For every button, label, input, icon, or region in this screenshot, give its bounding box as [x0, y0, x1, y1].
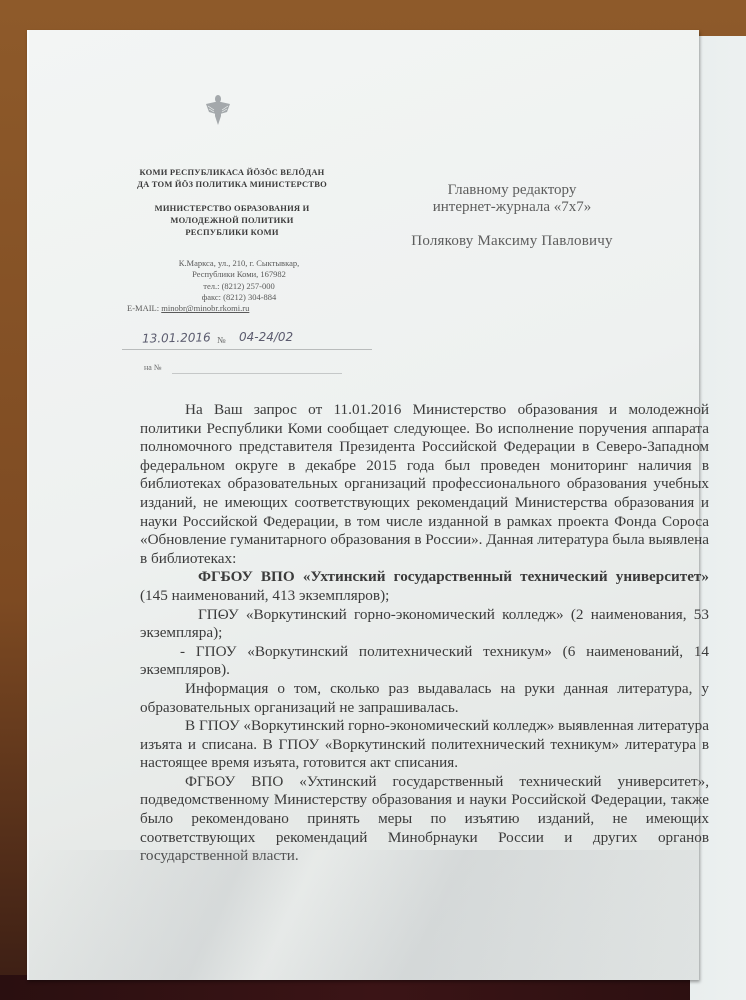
- body-paragraph-1: На Ваш запрос от 11.01.2016 Министерство…: [140, 401, 709, 568]
- email-link[interactable]: minobr@minobr.rkomi.ru: [161, 303, 249, 313]
- list-details: (145 наименований, 413 экземпляров);: [140, 587, 389, 604]
- list-dash: -: [180, 568, 198, 587]
- addressee-line1: Главному редактору: [397, 182, 627, 199]
- fax: факс: (8212) 304-884: [119, 292, 359, 303]
- addressee-block: Главному редактору интернет-журнала «7х7…: [397, 182, 627, 250]
- ministry-name-line2: МОЛОДЕЖНОЙ ПОЛИТИКИ: [107, 214, 357, 226]
- komi-name-line1: КОМИ РЕСПУБЛИКАСА ЙӦЗӦС ВЕЛӦДАН: [107, 166, 357, 178]
- registration-number: 04-24/02: [239, 330, 293, 344]
- reference-label: на №: [144, 363, 161, 372]
- list-org: ГПОУ «Воркутинский политехнический техни…: [196, 643, 552, 660]
- letter-body: На Ваш запрос от 11.01.2016 Министерство…: [140, 401, 709, 866]
- letterhead-contacts: К.Маркса, ул., 210, г. Сыктывкар, Респуб…: [119, 258, 359, 314]
- komi-coat-of-arms-icon: [203, 92, 233, 128]
- body-paragraph-3: В ГПОУ «Воркутинский горно-экономический…: [140, 717, 709, 773]
- library-list-item: -ГПОУ «Воркутинский горно-экономический …: [140, 606, 709, 643]
- addressee-line2: интернет-журнала «7х7»: [397, 199, 627, 216]
- library-list-item: -ФГБОУ ВПО «Ухтинский государственный те…: [140, 568, 709, 605]
- library-list-item: - ГПОУ «Воркутинский политехнический тех…: [140, 643, 709, 680]
- ministry-name-line1: МИНИСТЕРСТВО ОБРАЗОВАНИЯ И: [107, 202, 357, 214]
- registration-date: 13.01.2016: [142, 330, 211, 345]
- address-line2: Республики Коми, 167982: [119, 269, 359, 280]
- list-dash: -: [180, 606, 198, 625]
- list-org: ФГБОУ ВПО «Ухтинский государственный тех…: [198, 568, 709, 585]
- ministry-name-line3: РЕСПУБЛИКИ КОМИ: [107, 226, 357, 238]
- email-label: E-MAIL:: [127, 303, 159, 313]
- registration-number-label: №: [217, 335, 226, 345]
- komi-name-line2: ДА ТОМ ЙӦЗ ПОЛИТИКА МИНИСТЕРСТВО: [107, 178, 357, 190]
- phone: тел.: (8212) 257-000: [119, 281, 359, 292]
- list-org: ГПОУ «Воркутинский горно-экономический к…: [198, 606, 564, 623]
- letter-page: КОМИ РЕСПУБЛИКАСА ЙӦЗӦС ВЕЛӦДАН ДА ТОМ Й…: [27, 30, 699, 980]
- list-dash: -: [180, 643, 185, 660]
- reference-line: [172, 373, 342, 374]
- body-paragraph-2: Информация о том, сколько раз выдавалась…: [140, 680, 709, 717]
- address-line1: К.Маркса, ул., 210, г. Сыктывкар,: [119, 258, 359, 269]
- email-line: E-MAIL: minobr@minobr.rkomi.ru: [119, 303, 359, 314]
- letterhead-org-names: КОМИ РЕСПУБЛИКАСА ЙӦЗӦС ВЕЛӦДАН ДА ТОМ Й…: [107, 166, 357, 238]
- page-edge-highlight: [27, 30, 29, 980]
- addressee-name: Полякову Максиму Павловичу: [397, 233, 627, 250]
- shadow-overlay: [27, 850, 699, 980]
